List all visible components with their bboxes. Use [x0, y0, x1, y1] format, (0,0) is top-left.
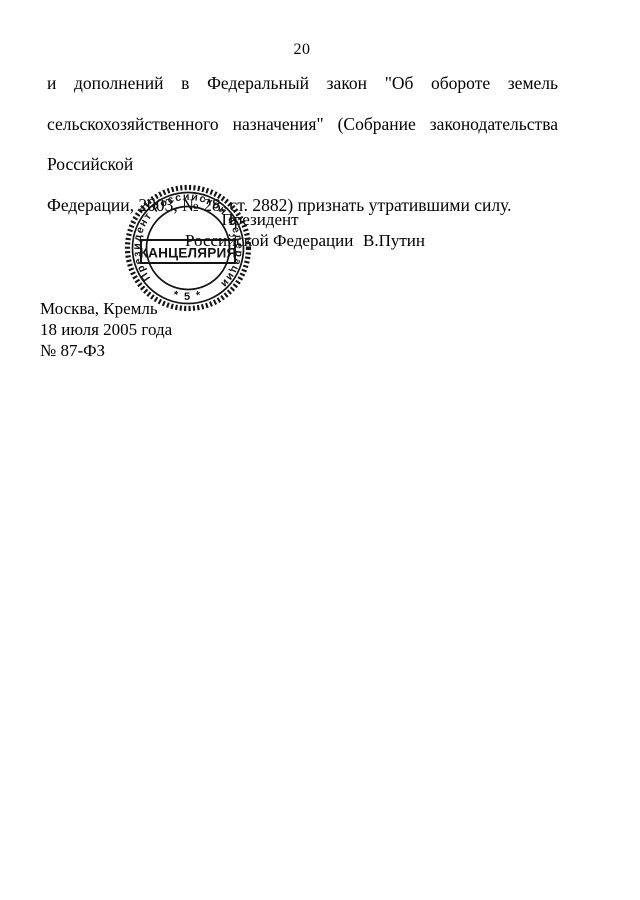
law-number: № 87-ФЗ — [40, 340, 172, 361]
signature-name: В.Путин — [363, 231, 425, 251]
page-number: 20 — [47, 41, 557, 59]
issuance-place: Москва, Кремль — [40, 298, 172, 319]
document-page: 20 и дополнений в Федеральный закон "Об … — [0, 0, 640, 900]
stamp-center-text: КАНЦЕЛЯРИЯ — [140, 246, 237, 261]
issuance-block: Москва, Кремль 18 июля 2005 года № 87-ФЗ — [40, 298, 172, 362]
stamp-bottom-text: * 5 * — [172, 289, 204, 303]
issuance-date: 18 июля 2005 года — [40, 319, 172, 340]
body-line-1: и дополнений в Федеральный закон "Об обо… — [47, 63, 558, 104]
